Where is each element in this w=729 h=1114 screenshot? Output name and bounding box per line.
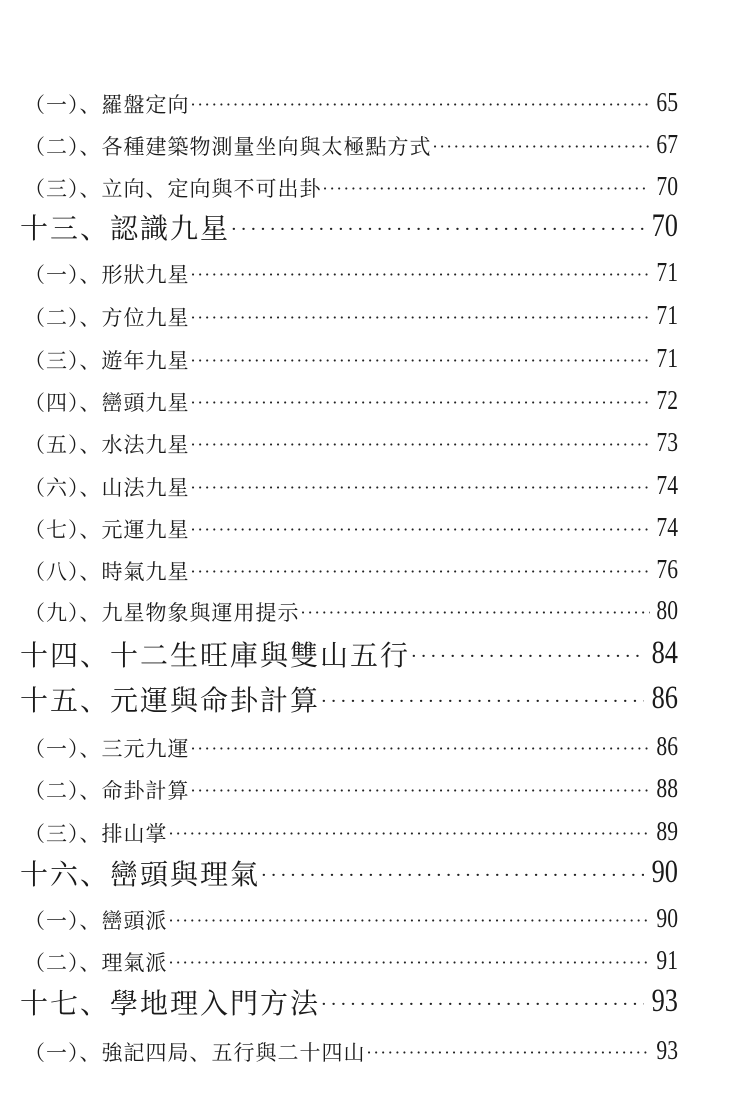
toc-entry-title: （三）、遊年九星 [20, 351, 190, 372]
toc-entry-title: （六）、山法九星 [20, 478, 190, 499]
toc-chapter-title: 十三、認識九星 [20, 215, 230, 243]
dot-leader [321, 996, 644, 1018]
toc-entry-page: 70 [652, 210, 678, 243]
toc-entry-page: 70 [656, 173, 678, 200]
toc-entry-page: 86 [652, 682, 678, 715]
toc-entry-page: 74 [656, 472, 678, 499]
dot-leader [191, 480, 651, 499]
dot-leader [231, 221, 644, 243]
toc-entry-title: （四）、巒頭九星 [20, 393, 190, 414]
toc-entry-title: （三）、排山掌 [20, 824, 168, 845]
toc-entry-title: （一）、羅盤定向 [20, 95, 190, 116]
toc-entry-page: 73 [656, 429, 678, 456]
dot-leader [191, 353, 651, 372]
toc-entry-title: （二）、各種建築物測量坐向與太極點方式 [20, 137, 432, 158]
toc-chapter-entry[interactable]: 十六、巒頭與理氣 90 [20, 849, 678, 889]
toc-entry-title: （九）、九星物象與運用提示 [20, 603, 300, 624]
toc-entry-page: 67 [656, 131, 678, 158]
toc-entry[interactable]: （一）、巒頭派 90 [20, 898, 678, 932]
dot-leader [411, 648, 644, 670]
toc-entry-page: 91 [656, 947, 678, 974]
toc-entry-title: （一）、三元九運 [20, 739, 190, 760]
dot-leader [169, 826, 651, 845]
dot-leader [261, 867, 644, 889]
dot-leader [191, 395, 651, 414]
toc-entry-title: （八）、時氣九星 [20, 562, 190, 583]
dot-leader [191, 741, 651, 760]
toc-chapter-title: 十六、巒頭與理氣 [20, 861, 260, 889]
toc-entry[interactable]: （一）、三元九運 86 [20, 726, 678, 760]
dot-leader [191, 437, 651, 456]
toc-entry[interactable]: （三）、遊年九星 71 [20, 338, 678, 372]
dot-leader [169, 913, 651, 932]
toc-entry-page: 71 [656, 259, 678, 286]
dot-leader [321, 693, 644, 715]
toc-entry-page: 93 [652, 985, 678, 1018]
toc-entry-title: （三）、立向、定向與不可出卦 [20, 179, 322, 200]
dot-leader [191, 97, 651, 116]
toc-entry[interactable]: （八）、時氣九星 76 [20, 549, 678, 583]
dot-leader [169, 955, 651, 974]
toc-entry-page: 90 [656, 905, 678, 932]
toc-chapter-entry[interactable]: 十七、學地理入門方法 93 [20, 978, 678, 1018]
dot-leader [191, 522, 651, 541]
toc-entry-page: 65 [656, 89, 678, 116]
toc-entry-title: （五）、水法九星 [20, 435, 190, 456]
toc-entry[interactable]: （六）、山法九星 74 [20, 465, 678, 499]
dot-leader [367, 1045, 651, 1064]
toc-entry-page: 88 [656, 775, 678, 802]
toc-entry[interactable]: （一）、形狀九星 71 [20, 252, 678, 286]
toc-entry-page: 74 [656, 514, 678, 541]
toc-entry-page: 72 [656, 387, 678, 414]
dot-leader [191, 783, 651, 802]
toc-entry-page: 71 [656, 302, 678, 329]
toc-entry[interactable]: （二）、命卦計算 88 [20, 768, 678, 802]
toc-entry-page: 90 [652, 856, 678, 889]
table-of-contents: （一）、羅盤定向 65 （二）、各種建築物測量坐向與太極點方式 67 （三）、立… [0, 0, 729, 1114]
toc-entry-title: （一）、強記四局、五行與二十四山 [20, 1043, 366, 1064]
toc-entry[interactable]: （三）、排山掌 89 [20, 811, 678, 845]
toc-entry-title: （二）、理氣派 [20, 953, 168, 974]
toc-entry[interactable]: （五）、水法九星 73 [20, 422, 678, 456]
dot-leader [191, 564, 651, 583]
toc-entry[interactable]: （二）、各種建築物測量坐向與太極點方式 67 [20, 124, 678, 158]
toc-entry-title: （一）、巒頭派 [20, 911, 168, 932]
toc-entry[interactable]: （二）、理氣派 91 [20, 940, 678, 974]
toc-chapter-title: 十四、十二生旺庫與雙山五行 [20, 642, 410, 670]
toc-entry-title: （一）、形狀九星 [20, 265, 190, 286]
toc-entry[interactable]: （三）、立向、定向與不可出卦 70 [20, 166, 678, 200]
toc-entry-page: 76 [656, 556, 678, 583]
dot-leader [433, 139, 651, 158]
toc-entry[interactable]: （七）、元運九星 74 [20, 507, 678, 541]
toc-entry-title: （二）、命卦計算 [20, 781, 190, 802]
toc-chapter-entry[interactable]: 十四、十二生旺庫與雙山五行 84 [20, 630, 678, 670]
toc-entry[interactable]: （一）、強記四局、五行與二十四山 93 [20, 1030, 678, 1064]
toc-chapter-entry[interactable]: 十三、認識九星 70 [20, 203, 678, 243]
dot-leader [191, 267, 651, 286]
toc-entry[interactable]: （一）、羅盤定向 65 [20, 82, 678, 116]
toc-entry-page: 71 [656, 345, 678, 372]
toc-entry[interactable]: （二）、方位九星 71 [20, 295, 678, 329]
toc-entry-page: 80 [656, 597, 678, 624]
toc-entry-page: 84 [652, 637, 678, 670]
toc-entry-page: 93 [656, 1037, 678, 1064]
toc-chapter-entry[interactable]: 十五、元運與命卦計算 86 [20, 675, 678, 715]
toc-chapter-title: 十五、元運與命卦計算 [20, 687, 320, 715]
toc-chapter-title: 十七、學地理入門方法 [20, 990, 320, 1018]
toc-entry-title: （二）、方位九星 [20, 308, 190, 329]
toc-entry[interactable]: （九）、九星物象與運用提示 80 [20, 590, 678, 624]
toc-entry[interactable]: （四）、巒頭九星 72 [20, 380, 678, 414]
toc-entry-page: 86 [656, 733, 678, 760]
toc-entry-page: 89 [656, 818, 678, 845]
toc-entry-title: （七）、元運九星 [20, 520, 190, 541]
dot-leader [301, 605, 651, 624]
dot-leader [191, 310, 651, 329]
dot-leader [323, 181, 651, 200]
